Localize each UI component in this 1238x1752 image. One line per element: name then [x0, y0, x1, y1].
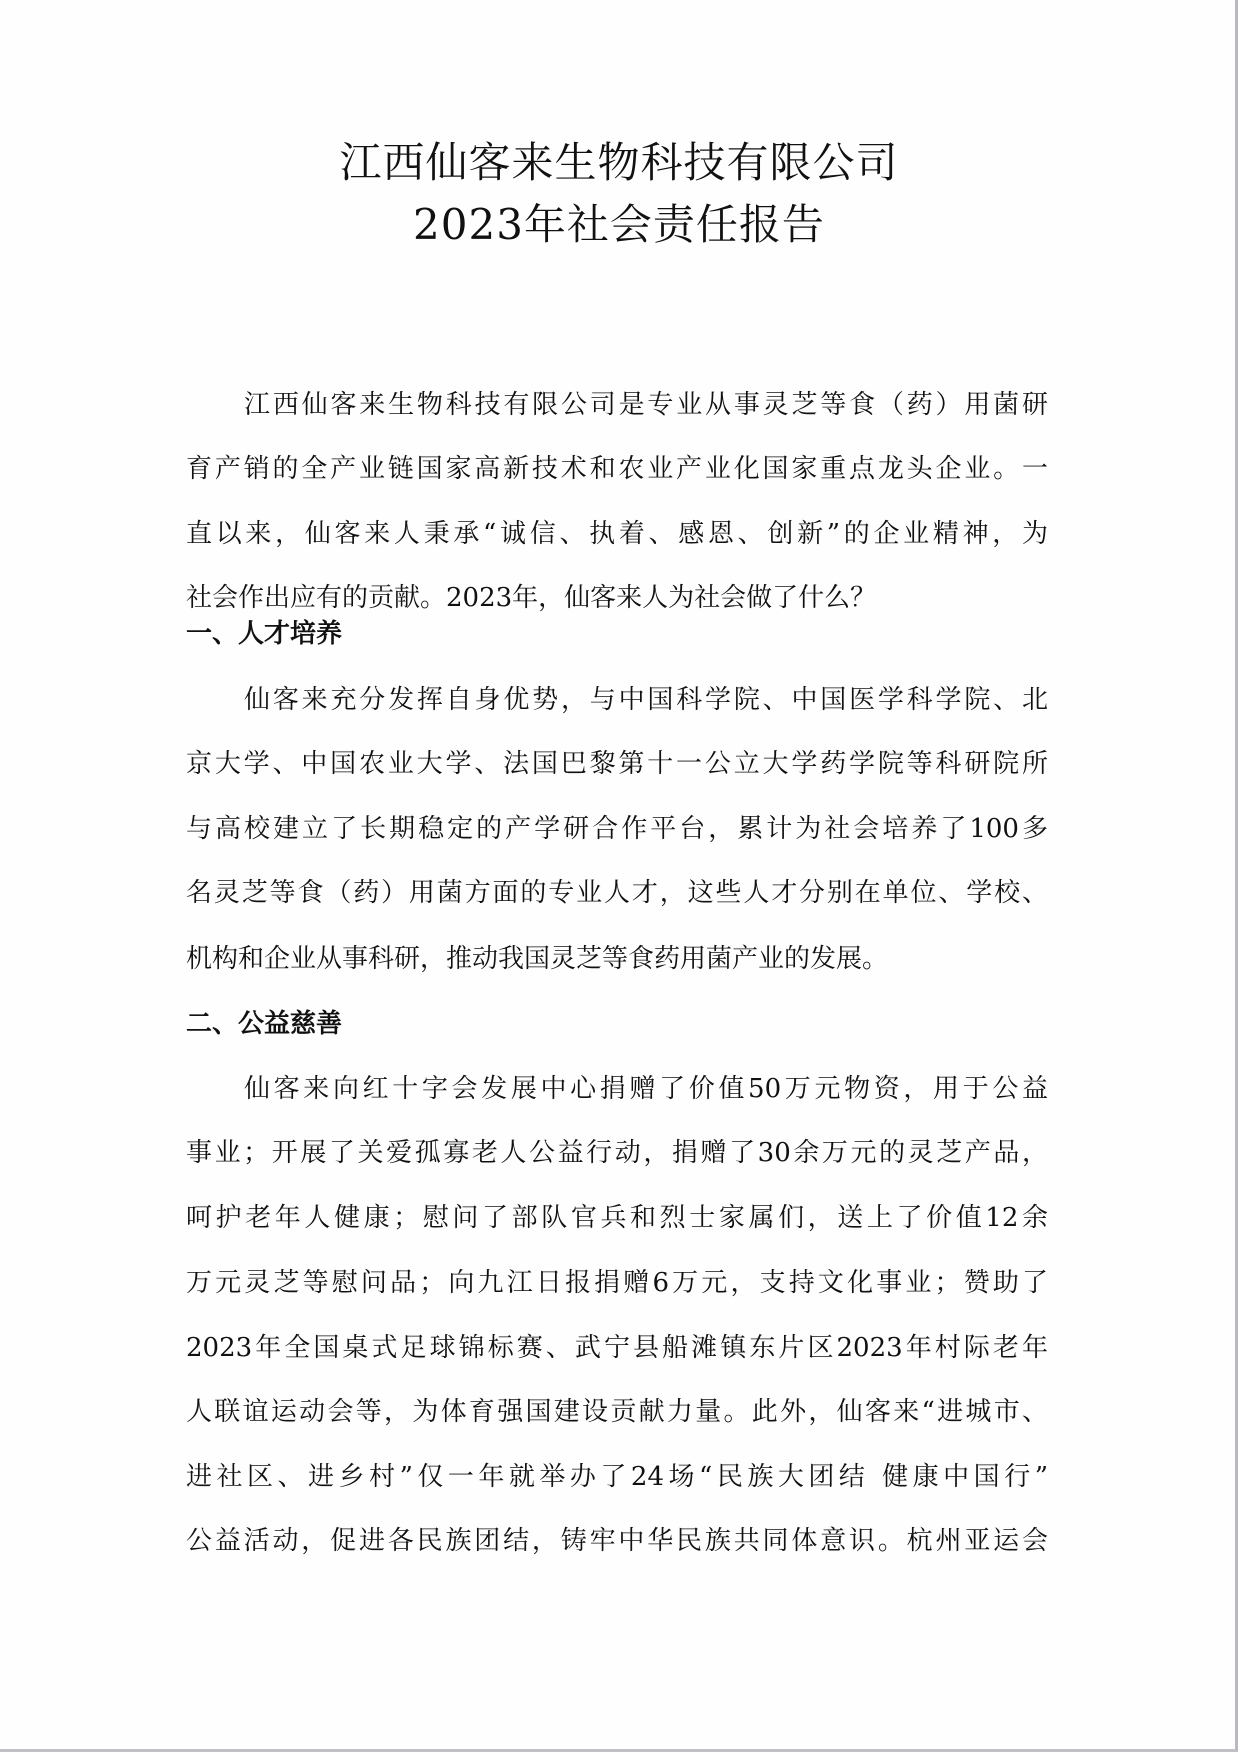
paragraph-line: 机构和企业从事科研，推动我国灵芝等食药用菌产业的发展。 — [186, 946, 1048, 972]
paragraph-line: 育产销的全产业链国家高新技术和农业产业化国家重点龙头企业。一 — [186, 456, 1048, 482]
paragraph-line: 名灵芝等食（药）用菌方面的专业人才，这些人才分别在单位、学校、 — [186, 880, 1048, 906]
paragraph-line: 呵护老年人健康；慰问了部队官兵和烈士家属们，送上了价值12余 — [186, 1205, 1048, 1231]
document-title-company: 江西仙客来生物科技有限公司 — [0, 142, 1238, 184]
document-page: 江西仙客来生物科技有限公司 2023年社会责任报告 江西仙客来生物科技有限公司是… — [0, 0, 1238, 1752]
paragraph-line: 江西仙客来生物科技有限公司是专业从事灵芝等食（药）用菌研 — [244, 392, 1048, 418]
paragraph-line: 人联谊运动会等，为体育强国建设贡献力量。此外，仙客来“进城市、 — [186, 1399, 1048, 1425]
section-heading-talent: 一、人才培养 — [186, 621, 342, 647]
paragraph-line: 社会作出应有的贡献。2023年，仙客来人为社会做了什么？ — [186, 585, 1048, 611]
paragraph-line: 仙客来向红十字会发展中心捐赠了价值50万元物资，用于公益 — [244, 1076, 1048, 1102]
paragraph-line: 直以来，仙客来人秉承“诚信、执着、感恩、创新”的企业精神，为 — [186, 521, 1048, 547]
paragraph-line: 公益活动，促进各民族团结，铸牢中华民族共同体意识。杭州亚运会 — [186, 1528, 1048, 1554]
paragraph-line: 2023年全国桌式足球锦标赛、武宁县船滩镇东片区2023年村际老年 — [186, 1335, 1048, 1361]
paragraph-line: 进社区、进乡村”仅一年就举办了24场“民族大团结 健康中国行” — [186, 1464, 1048, 1490]
document-title-report: 2023年社会责任报告 — [0, 204, 1238, 246]
paragraph-line: 与高校建立了长期稳定的产学研合作平台，累计为社会培养了100多 — [186, 816, 1048, 842]
section-heading-charity: 二、公益慈善 — [186, 1011, 342, 1037]
paragraph-line: 事业；开展了关爱孤寡老人公益行动，捐赠了30余万元的灵芝产品， — [186, 1140, 1048, 1166]
paragraph-line: 京大学、中国农业大学、法国巴黎第十一公立大学药学院等科研院所 — [186, 751, 1048, 777]
paragraph-line: 仙客来充分发挥自身优势，与中国科学院、中国医学科学院、北 — [244, 687, 1048, 713]
paragraph-line: 万元灵芝等慰问品；向九江日报捐赠6万元，支持文化事业；赞助了 — [186, 1270, 1048, 1296]
